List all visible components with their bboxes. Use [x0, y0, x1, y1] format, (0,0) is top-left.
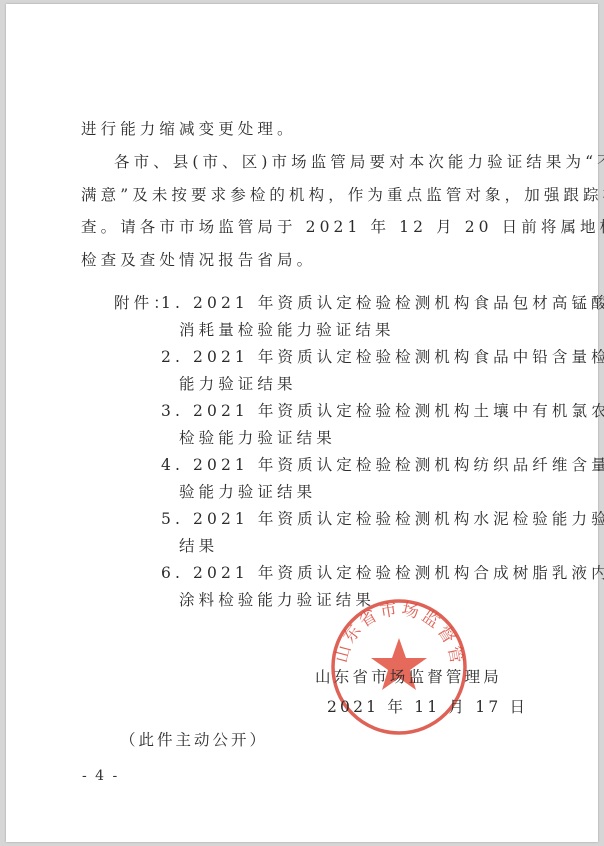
attachment-item-2: 2. 2021 年资质认定检验检测机构食品中铅含量检验 — [161, 347, 604, 367]
attachment-item-4-cont: 验能力验证结果 — [179, 482, 316, 502]
attachment-item-6: 6. 2021 年资质认定检验检测机构合成树脂乳液内墙 — [161, 563, 604, 583]
document-page: 进行能力缩减变更处理。 各市、县(市、区)市场监管局要对本次能力验证结果为“不 … — [6, 4, 598, 842]
attachment-item-3: 3. 2021 年资质认定检验检测机构土壤中有机氯农药 — [161, 401, 604, 421]
attachment-item-1: 1. 2021 年资质认定检验检测机构食品包材高锰酸钾 — [161, 293, 604, 313]
paragraph-line: 各市、县(市、区)市场监管局要对本次能力验证结果为“不 — [114, 152, 604, 172]
attachment-item-5-cont: 结果 — [179, 536, 218, 556]
paragraph-line: 查。请各市市场监管局于 2021 年 12 月 20 日前将属地机构整改 — [81, 217, 604, 237]
paragraph-line: 满意”及未按要求参检的机构，作为重点监管对象，加强跟踪检 — [81, 185, 604, 205]
issue-date: 2021 年 11 月 17 日 — [327, 697, 528, 717]
paragraph-line: 进行能力缩减变更处理。 — [81, 119, 297, 139]
attachment-item-1-cont: 消耗量检验能力验证结果 — [179, 320, 395, 340]
page-number: - 4 - — [82, 768, 119, 784]
attachment-item-5: 5. 2021 年资质认定检验检测机构水泥检验能力验证 — [161, 509, 604, 529]
paragraph-line: 检查及查处情况报告省局。 — [81, 250, 316, 270]
issuer-name: 山东省市场监督管理局 — [315, 667, 502, 687]
attachment-item-4: 4. 2021 年资质认定检验检测机构纺织品纤维含量检 — [161, 455, 604, 475]
attachment-item-3-cont: 检验能力验证结果 — [179, 428, 336, 448]
disclosure-note: （此件主动公开） — [120, 730, 268, 750]
attachment-item-2-cont: 能力验证结果 — [179, 374, 297, 394]
